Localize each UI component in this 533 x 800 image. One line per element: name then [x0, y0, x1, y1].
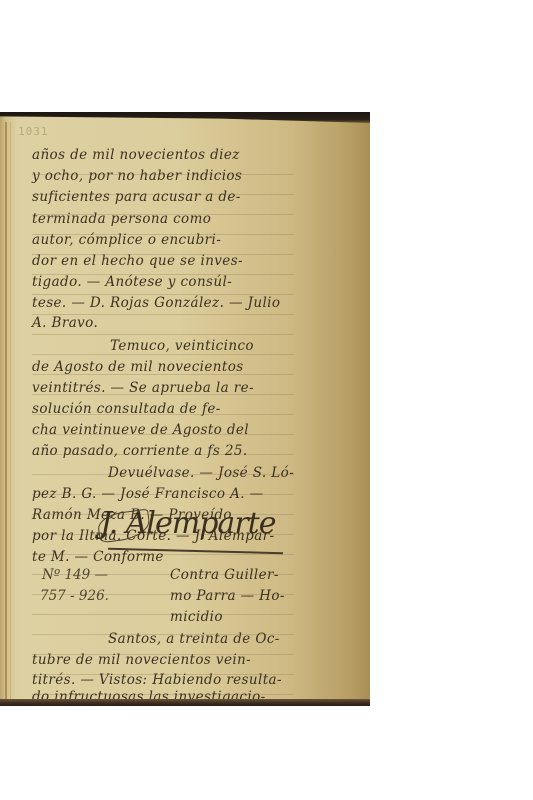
page-gutter-line-secondary — [10, 122, 11, 700]
case-title-line: mo Parra — Ho- — [170, 588, 285, 604]
ledger-page: 1031 años de mil novecientos diez y ocho… — [0, 112, 370, 706]
page-number: 1031 — [18, 125, 49, 138]
text-line: solución consultada de fe- — [32, 401, 221, 417]
text-line: tese. — D. Rojas González. — Julio — [32, 295, 280, 311]
text-line: suficientes para acusar a de- — [32, 189, 241, 205]
text-line: titrés. — Vistos: Habiendo resulta- — [32, 672, 282, 688]
text-line: año pasado, corriente a fs 25. — [32, 443, 248, 459]
text-line: Santos, a treinta de Oc- — [108, 631, 280, 647]
case-title-line: Contra Guiller- — [170, 567, 279, 583]
text-line: cha veintinueve de Agosto del — [32, 422, 249, 438]
text-line: autor, cómplice o encubri- — [32, 232, 221, 248]
text-line: veintitrés. — Se aprueba la re- — [32, 380, 254, 396]
signature: J. Alemparte — [100, 506, 275, 541]
text-line: te M. — Conforme — [32, 549, 164, 565]
case-title-line: micidio — [170, 609, 223, 625]
book-binding-top — [0, 112, 370, 123]
text-line: de Agosto de mil novecientos — [32, 359, 244, 375]
text-line: Devuélvase. — José S. Ló- — [108, 465, 294, 481]
text-line: pez B. G. — José Francisco A. — — [32, 486, 264, 502]
text-line: y ocho, por no haber indicios — [32, 168, 242, 184]
text-line: años de mil novecientos diez — [32, 147, 240, 163]
case-reference: 757 - 926. — [40, 588, 109, 604]
book-binding-bottom — [0, 699, 370, 706]
text-line: A. Bravo. — [32, 315, 98, 331]
case-number: Nº 149 — — [42, 567, 108, 583]
text-line: dor en el hecho que se inves- — [32, 253, 243, 269]
text-line: Temuco, veinticinco — [110, 338, 254, 354]
page-gutter-line — [5, 122, 7, 700]
text-line: terminada persona como — [32, 211, 211, 227]
text-line: tubre de mil novecientos vein- — [32, 652, 251, 668]
text-line: tigado. — Anótese y consúl- — [32, 274, 232, 290]
